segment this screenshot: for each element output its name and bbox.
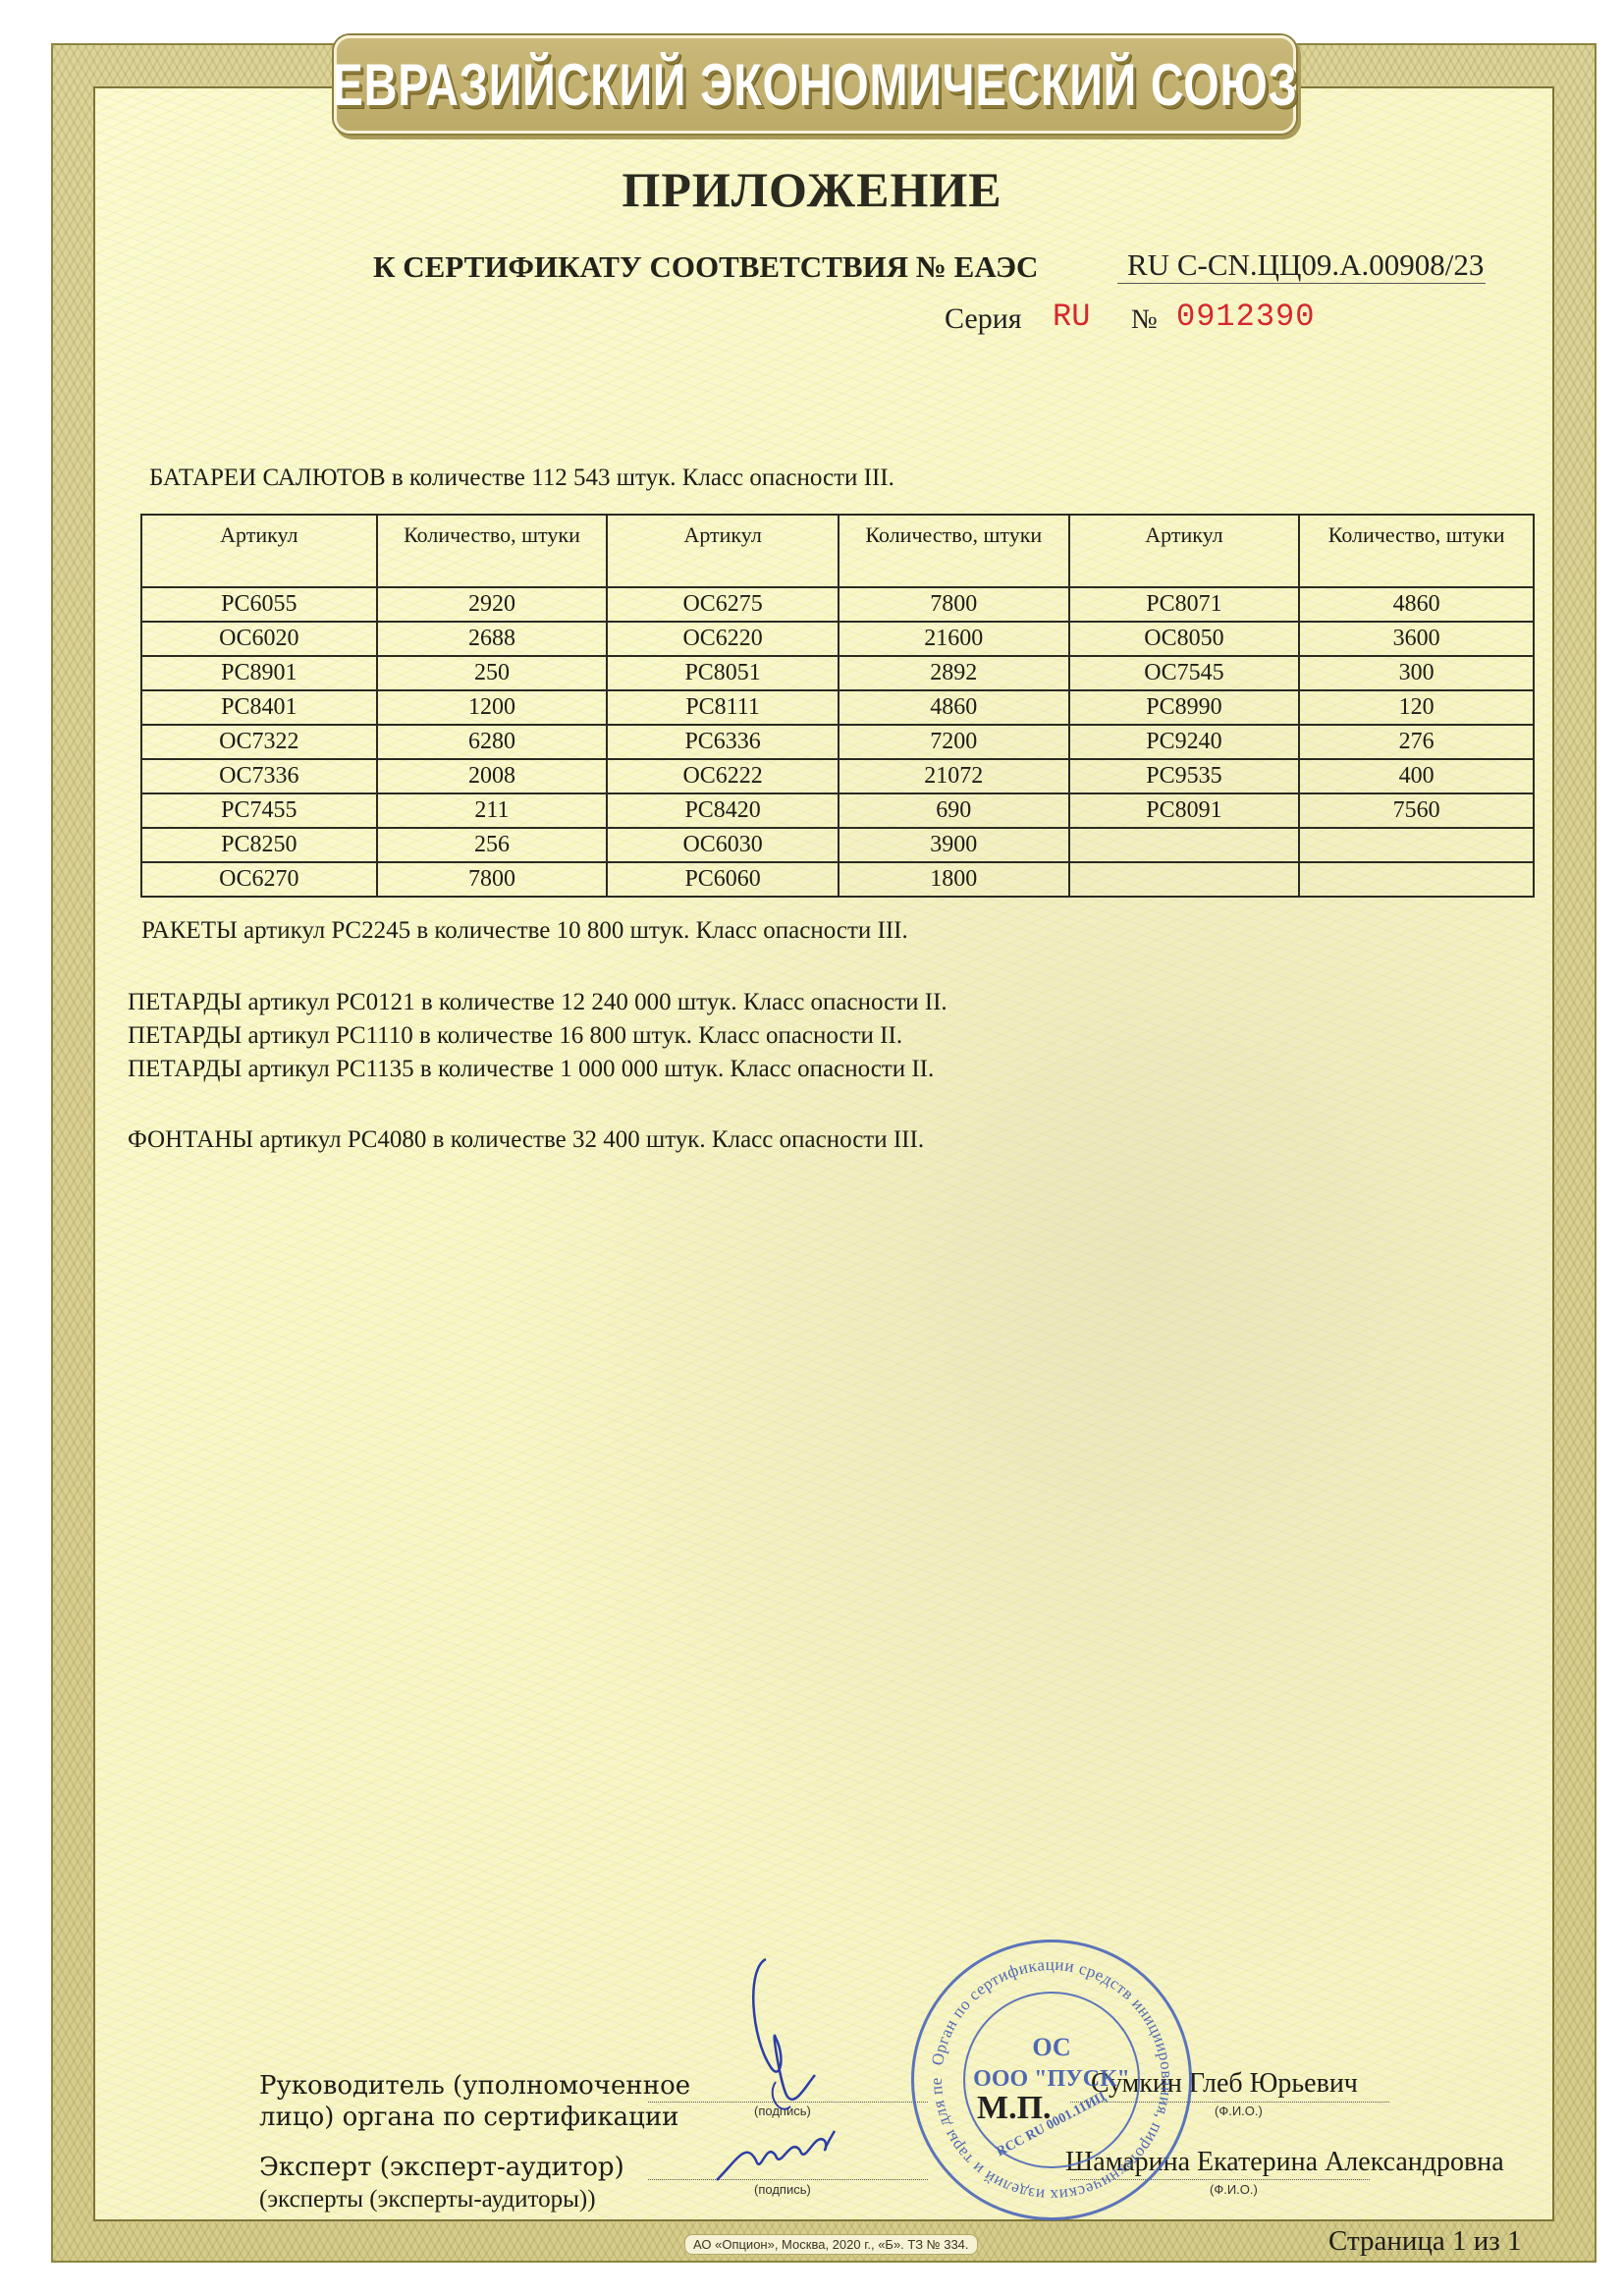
table-row: OC73362008OC622221072PC9535400 (141, 759, 1534, 793)
quantity-cell: 300 (1299, 656, 1534, 690)
article-cell (1069, 828, 1300, 862)
quantity-cell: 4860 (1299, 587, 1534, 622)
quantity-cell: 4860 (839, 690, 1069, 725)
form-number: 0912390 (1176, 299, 1315, 335)
quantity-cell: 7800 (377, 862, 608, 897)
quantity-cell (1299, 862, 1534, 897)
article-cell: PC8111 (607, 690, 839, 725)
article-cell: PC8901 (141, 656, 377, 690)
expert-name-hint: (Ф.И.О.) (1210, 2182, 1258, 2197)
head-label-line1: Руководитель (уполномоченное (259, 2070, 690, 2102)
quantity-cell: 250 (377, 656, 608, 690)
head-name-hint: (Ф.И.О.) (1215, 2104, 1263, 2118)
column-header: Артикул (141, 515, 377, 587)
column-header: Количество, штуки (1299, 515, 1534, 587)
quantity-cell: 2008 (377, 759, 608, 793)
column-header: Артикул (1069, 515, 1300, 587)
printer-imprint: АО «Опцион», Москва, 2020 г., «Б». ТЗ № … (684, 2234, 978, 2255)
table-row: PC7455211PC8420690PC80917560 (141, 793, 1534, 828)
column-header: Количество, штуки (377, 515, 608, 587)
product-line-fountains: ФОНТАНЫ артикул PC4080 в количестве 32 4… (128, 1126, 924, 1154)
product-line-petards-3: ПЕТАРДЫ артикул PC1135 в количестве 1 00… (128, 1056, 934, 1083)
stamp-center-line1: ОС (914, 2033, 1189, 2062)
series-value: RU (1053, 299, 1090, 335)
article-cell: OC7322 (141, 725, 377, 759)
quantity-cell: 2920 (377, 587, 608, 622)
quantity-cell: 256 (377, 828, 608, 862)
number-label: № (1131, 304, 1158, 336)
quantity-cell: 276 (1299, 725, 1534, 759)
article-cell: PC9535 (1069, 759, 1300, 793)
quantity-cell: 7800 (839, 587, 1069, 622)
union-banner: ЕВРАЗИЙСКИЙ ЭКОНОМИЧЕСКИЙ СОЮЗ (334, 35, 1296, 134)
table-row: PC84011200PC81114860PC8990120 (141, 690, 1534, 725)
article-cell: OC6270 (141, 862, 377, 897)
table-row: PC8250256OC60303900 (141, 828, 1534, 862)
article-cell: OC6020 (141, 622, 377, 656)
table-header-row: АртикулКоличество, штукиАртикулКоличеств… (141, 515, 1534, 587)
quantity-cell: 21072 (839, 759, 1069, 793)
certificate-label: К СЕРТИФИКАТУ СООТВЕТСТВИЯ № ЕАЭС (373, 249, 1038, 285)
quantity-cell: 2688 (377, 622, 608, 656)
article-cell (1069, 862, 1300, 897)
quantity-cell: 6280 (377, 725, 608, 759)
article-cell: OC8050 (1069, 622, 1300, 656)
quantity-cell: 21600 (839, 622, 1069, 656)
table-row: OC60202688OC622021600OC80503600 (141, 622, 1534, 656)
table-row: PC8901250PC80512892OC7545300 (141, 656, 1534, 690)
quantity-cell: 1200 (377, 690, 608, 725)
expert-signature-icon (707, 2121, 854, 2190)
product-line-petards-1: ПЕТАРДЫ артикул PC0121 в количестве 12 2… (128, 989, 947, 1016)
certification-stamp: Орган по сертификации средств инициирова… (911, 1940, 1192, 2220)
article-cell: OC7336 (141, 759, 377, 793)
table-row: PC60552920OC62757800PC80714860 (141, 587, 1534, 622)
column-header: Артикул (607, 515, 839, 587)
head-label-line2: лицо) органа по сертификации (259, 2102, 679, 2133)
article-cell: PC8401 (141, 690, 377, 725)
expert-label-line2: (эксперты (эксперты-аудиторы)) (259, 2184, 596, 2215)
quantity-cell: 7200 (839, 725, 1069, 759)
article-cell: PC8420 (607, 793, 839, 828)
article-cell: OC6030 (607, 828, 839, 862)
article-cell: OC6222 (607, 759, 839, 793)
batteries-table: АртикулКоличество, штукиАртикулКоличеств… (140, 514, 1535, 898)
quantity-cell: 211 (377, 793, 608, 828)
banner-text: ЕВРАЗИЙСКИЙ ЭКОНОМИЧЕСКИЙ СОЮЗ (333, 51, 1298, 119)
product-line-rockets: РАКЕТЫ артикул PC2245 в количестве 10 80… (141, 917, 908, 945)
quantity-cell: 3600 (1299, 622, 1534, 656)
expert-label-line1: Эксперт (эксперт-аудитор) (259, 2152, 624, 2183)
article-cell: PC8250 (141, 828, 377, 862)
head-signature-icon (727, 1949, 844, 2126)
quantity-cell: 400 (1299, 759, 1534, 793)
article-cell: PC7455 (141, 793, 377, 828)
article-cell: PC6060 (607, 862, 839, 897)
column-header: Количество, штуки (839, 515, 1069, 587)
page-number: Страница 1 из 1 (1328, 2225, 1522, 2258)
article-cell: PC8990 (1069, 690, 1300, 725)
article-cell: PC9240 (1069, 725, 1300, 759)
article-cell: OC6275 (607, 587, 839, 622)
article-cell: PC8091 (1069, 793, 1300, 828)
article-cell: PC6055 (141, 587, 377, 622)
quantity-cell: 120 (1299, 690, 1534, 725)
page-title: ПРИЛОЖЕНИЕ (0, 161, 1624, 218)
article-cell: OC7545 (1069, 656, 1300, 690)
table-body: PC60552920OC62757800PC80714860OC60202688… (141, 587, 1534, 897)
document-panel (93, 86, 1554, 2221)
certificate-number: RU C-CN.ЦЦ09.А.00908/23 (1117, 247, 1486, 284)
batteries-heading: БАТАРЕИ САЛЮТОВ в количестве 112 543 шту… (149, 465, 894, 492)
article-cell: PC6336 (607, 725, 839, 759)
article-cell: OC6220 (607, 622, 839, 656)
quantity-cell (1299, 828, 1534, 862)
table-row: OC73226280PC63367200PC9240276 (141, 725, 1534, 759)
table-row: OC62707800PC60601800 (141, 862, 1534, 897)
quantity-cell: 1800 (839, 862, 1069, 897)
quantity-cell: 690 (839, 793, 1069, 828)
quantity-cell: 2892 (839, 656, 1069, 690)
quantity-cell: 7560 (1299, 793, 1534, 828)
series-label: Серия (945, 302, 1022, 336)
quantity-cell: 3900 (839, 828, 1069, 862)
product-line-petards-2: ПЕТАРДЫ артикул PC1110 в количестве 16 8… (128, 1022, 902, 1050)
seal-label: М.П. (977, 2090, 1052, 2127)
article-cell: PC8071 (1069, 587, 1300, 622)
article-cell: PC8051 (607, 656, 839, 690)
